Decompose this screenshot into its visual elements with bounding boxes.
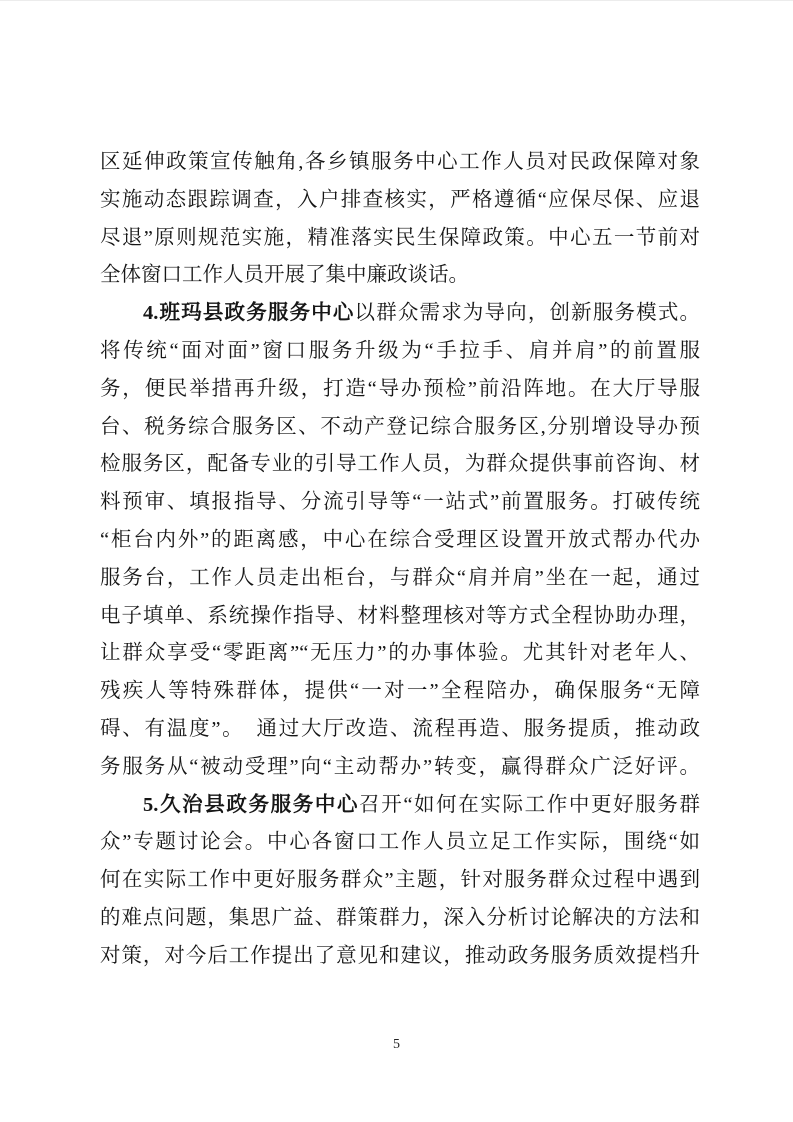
line-text: 料预审、填报指导、分流引导等“一站式”前置服务。打破传统 — [100, 491, 700, 513]
line-text: 残疾人等特殊群体，提供“一对一”全程陪办，确保服务“无障 — [100, 680, 700, 702]
document-body: 区延伸政策宣传触角,各乡镇服务中心工作人员对民政保障对象 实施动态跟踪调查，入户… — [100, 144, 700, 976]
text-line: 务，便民举措再升级，打造“导办预检”前沿阵地。在大厅导服 — [100, 371, 700, 409]
line-text: 众”专题讨论会。中心各窗口工作人员立足工作实际，围绕“如 — [100, 831, 700, 853]
text-line: 台、税务综合服务区、不动产登记综合服务区,分别增设导办预 — [100, 409, 700, 447]
text-line: 何在实际工作中更好服务群众”主题，针对服务群众过程中遇到 — [100, 862, 700, 900]
line-text: 电子填单、系统操作指导、材料整理核对等方式全程协助办理， — [100, 605, 700, 627]
text-line: 残疾人等特殊群体，提供“一对一”全程陪办，确保服务“无障 — [100, 673, 700, 711]
text-line: 实施动态跟踪调查，入户排查核实，严格遵循“应保尽保、应退 — [100, 182, 700, 220]
text-line: 众”专题讨论会。中心各窗口工作人员立足工作实际，围绕“如 — [100, 824, 700, 862]
text-line: 电子填单、系统操作指导、材料整理核对等方式全程协助办理， — [100, 598, 700, 636]
line-text: 对策，对今后工作提出了意见和建议，推动政务服务质效提档升 — [100, 945, 700, 967]
page-number: 5 — [0, 1036, 793, 1054]
line-text: “柜台内外”的距离感，中心在综合受理区设置开放式帮办代办 — [100, 529, 700, 551]
text-line: 将传统“面对面”窗口服务升级为“手拉手、肩并肩”的前置服 — [100, 333, 700, 371]
line-text: 以群众需求为导向，创新服务模式。 — [355, 302, 700, 324]
line-text: 尽退”原则规范实施，精准落实民生保障政策。中心五一节前对 — [100, 227, 700, 249]
paragraph-heading: 4.班玛县政务服务中心 — [143, 302, 355, 324]
line-text: 实施动态跟踪调查，入户排查核实，严格遵循“应保尽保、应退 — [100, 189, 700, 211]
line-text: 的难点问题，集思广益、群策群力，深入分析讨论解决的方法和 — [100, 907, 700, 929]
text-line: 料预审、填报指导、分流引导等“一站式”前置服务。打破传统 — [100, 484, 700, 522]
text-line: 5.久治县政务服务中心召开“如何在实际工作中更好服务群 — [100, 787, 700, 825]
text-line: 服务台，工作人员走出柜台，与群众“肩并肩”坐在一起，通过 — [100, 560, 700, 598]
document-page: 区延伸政策宣传触角,各乡镇服务中心工作人员对民政保障对象 实施动态跟踪调查，入户… — [0, 0, 793, 1122]
text-line: “柜台内外”的距离感，中心在综合受理区设置开放式帮办代办 — [100, 522, 700, 560]
text-line: 全体窗口工作人员开展了集中廉政谈话。 — [100, 257, 700, 295]
text-line: 让群众享受“零距离”“无压力”的办事体验。尤其针对老年人、 — [100, 635, 700, 673]
text-line: 尽退”原则规范实施，精准落实民生保障政策。中心五一节前对 — [100, 220, 700, 258]
text-line: 碍、有温度”。 通过大厅改造、流程再造、服务提质，推动政 — [100, 711, 700, 749]
text-line: 4.班玛县政务服务中心以群众需求为导向，创新服务模式。 — [100, 295, 700, 333]
paragraph-heading: 5.久治县政务服务中心 — [143, 794, 359, 816]
line-text: 务服务从“被动受理”向“主动帮办”转变，赢得群众广泛好评。 — [100, 756, 700, 778]
line-text: 让群众享受“零距离”“无压力”的办事体验。尤其针对老年人、 — [100, 642, 700, 664]
line-text: 务，便民举措再升级，打造“导办预检”前沿阵地。在大厅导服 — [100, 378, 700, 400]
line-text: 碍、有温度”。 通过大厅改造、流程再造、服务提质，推动政 — [100, 718, 700, 740]
text-line: 区延伸政策宣传触角,各乡镇服务中心工作人员对民政保障对象 — [100, 144, 700, 182]
line-text: 检服务区，配备专业的引导工作人员，为群众提供事前咨询、材 — [100, 453, 700, 475]
line-text: 何在实际工作中更好服务群众”主题，针对服务群众过程中遇到 — [100, 869, 700, 891]
text-line: 务服务从“被动受理”向“主动帮办”转变，赢得群众广泛好评。 — [100, 749, 700, 787]
line-text: 服务台，工作人员走出柜台，与群众“肩并肩”坐在一起，通过 — [100, 567, 700, 589]
text-line: 对策，对今后工作提出了意见和建议，推动政务服务质效提档升 — [100, 938, 700, 976]
text-line: 检服务区，配备专业的引导工作人员，为群众提供事前咨询、材 — [100, 446, 700, 484]
line-text: 台、税务综合服务区、不动产登记综合服务区,分别增设导办预 — [100, 416, 700, 438]
line-text: 召开“如何在实际工作中更好服务群 — [359, 794, 700, 816]
text-line: 的难点问题，集思广益、群策群力，深入分析讨论解决的方法和 — [100, 900, 700, 938]
line-text: 全体窗口工作人员开展了集中廉政谈话。 — [100, 264, 469, 286]
line-text: 区延伸政策宣传触角,各乡镇服务中心工作人员对民政保障对象 — [100, 151, 700, 173]
line-text: 将传统“面对面”窗口服务升级为“手拉手、肩并肩”的前置服 — [100, 340, 700, 362]
